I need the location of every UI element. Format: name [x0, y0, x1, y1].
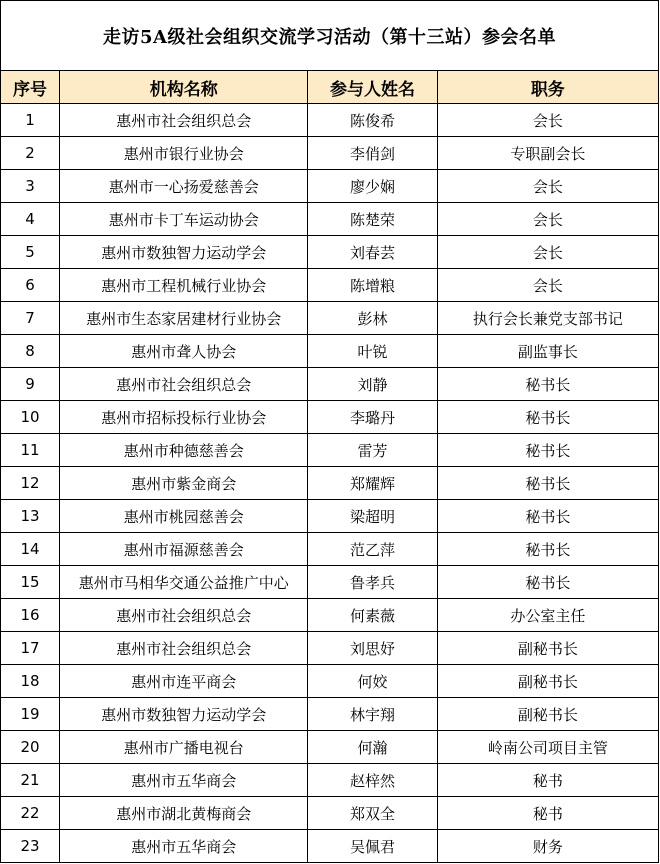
position-cell: 会长 [437, 203, 658, 236]
position-cell: 秘书长 [437, 467, 658, 500]
organization-cell: 惠州市社会组织总会 [60, 104, 308, 137]
table-row: 12惠州市紫金商会郑耀辉秘书长 [1, 467, 659, 500]
attendee-name-cell: 郑双全 [308, 797, 437, 830]
row-number-cell: 4 [1, 203, 60, 236]
column-header-number: 序号 [1, 71, 60, 104]
attendee-name-cell: 鲁孝兵 [308, 566, 437, 599]
attendee-name-cell: 李璐丹 [308, 401, 437, 434]
row-number-cell: 9 [1, 368, 60, 401]
row-number-cell: 7 [1, 302, 60, 335]
row-number-cell: 12 [1, 467, 60, 500]
table-row: 10惠州市招标投标行业协会李璐丹秘书长 [1, 401, 659, 434]
table-row: 3惠州市一心扬爱慈善会廖少娴会长 [1, 170, 659, 203]
position-cell: 秘书长 [437, 401, 658, 434]
table-row: 20惠州市广播电视台何瀚岭南公司项目主管 [1, 731, 659, 764]
table-row: 21惠州市五华商会赵梓然秘书 [1, 764, 659, 797]
attendee-name-cell: 陈楚荣 [308, 203, 437, 236]
organization-cell: 惠州市生态家居建材行业协会 [60, 302, 308, 335]
organization-cell: 惠州市社会组织总会 [60, 632, 308, 665]
attendee-name-cell: 陈俊希 [308, 104, 437, 137]
table-row: 18惠州市连平商会何姣副秘书长 [1, 665, 659, 698]
table-row: 17惠州市社会组织总会刘思妤副秘书长 [1, 632, 659, 665]
position-cell: 副秘书长 [437, 632, 658, 665]
table-row: 5惠州市数独智力运动学会刘春芸会长 [1, 236, 659, 269]
organization-cell: 惠州市一心扬爱慈善会 [60, 170, 308, 203]
attendee-name-cell: 赵梓然 [308, 764, 437, 797]
organization-cell: 惠州市广播电视台 [60, 731, 308, 764]
table-row: 2惠州市银行业协会李俏剑专职副会长 [1, 137, 659, 170]
table-row: 14惠州市福源慈善会范乙萍秘书长 [1, 533, 659, 566]
organization-cell: 惠州市银行业协会 [60, 137, 308, 170]
attendee-name-cell: 雷芳 [308, 434, 437, 467]
position-cell: 专职副会长 [437, 137, 658, 170]
document-title: 走访5A级社会组织交流学习活动（第十三站）参会名单 [1, 1, 659, 71]
organization-cell: 惠州市五华商会 [60, 830, 308, 863]
position-cell: 财务 [437, 830, 658, 863]
position-cell: 岭南公司项目主管 [437, 731, 658, 764]
attendee-name-cell: 何素薇 [308, 599, 437, 632]
attendee-name-cell: 郑耀辉 [308, 467, 437, 500]
organization-cell: 惠州市工程机械行业协会 [60, 269, 308, 302]
organization-cell: 惠州市紫金商会 [60, 467, 308, 500]
organization-cell: 惠州市桃园慈善会 [60, 500, 308, 533]
attendee-name-cell: 吴佩君 [308, 830, 437, 863]
row-number-cell: 8 [1, 335, 60, 368]
organization-cell: 惠州市马相华交通公益推广中心 [60, 566, 308, 599]
organization-cell: 惠州市数独智力运动学会 [60, 698, 308, 731]
row-number-cell: 15 [1, 566, 60, 599]
organization-cell: 惠州市湖北黄梅商会 [60, 797, 308, 830]
position-cell: 秘书长 [437, 533, 658, 566]
position-cell: 秘书长 [437, 500, 658, 533]
organization-cell: 惠州市社会组织总会 [60, 599, 308, 632]
table-row: 23惠州市五华商会吴佩君财务 [1, 830, 659, 863]
organization-cell: 惠州市数独智力运动学会 [60, 236, 308, 269]
organization-cell: 惠州市五华商会 [60, 764, 308, 797]
title-row: 走访5A级社会组织交流学习活动（第十三站）参会名单 [1, 1, 659, 71]
row-number-cell: 11 [1, 434, 60, 467]
table-row: 16惠州市社会组织总会何素薇办公室主任 [1, 599, 659, 632]
attendee-name-cell: 刘春芸 [308, 236, 437, 269]
attendee-table: 走访5A级社会组织交流学习活动（第十三站）参会名单 序号 机构名称 参与人姓名 … [0, 0, 659, 863]
attendee-name-cell: 何瀚 [308, 731, 437, 764]
attendee-name-cell: 叶锐 [308, 335, 437, 368]
row-number-cell: 3 [1, 170, 60, 203]
table-row: 11惠州市种德慈善会雷芳秘书长 [1, 434, 659, 467]
column-header-attendee-name: 参与人姓名 [308, 71, 437, 104]
position-cell: 会长 [437, 269, 658, 302]
position-cell: 执行会长兼党支部书记 [437, 302, 658, 335]
table-row: 22惠州市湖北黄梅商会郑双全秘书 [1, 797, 659, 830]
row-number-cell: 17 [1, 632, 60, 665]
position-cell: 秘书长 [437, 566, 658, 599]
row-number-cell: 18 [1, 665, 60, 698]
attendee-name-cell: 何姣 [308, 665, 437, 698]
column-header-organization: 机构名称 [60, 71, 308, 104]
table-row: 6惠州市工程机械行业协会陈增粮会长 [1, 269, 659, 302]
table-row: 9惠州市社会组织总会刘静秘书长 [1, 368, 659, 401]
organization-cell: 惠州市福源慈善会 [60, 533, 308, 566]
organization-cell: 惠州市卡丁车运动协会 [60, 203, 308, 236]
table-row: 8惠州市聋人协会叶锐副监事长 [1, 335, 659, 368]
position-cell: 办公室主任 [437, 599, 658, 632]
header-row: 序号 机构名称 参与人姓名 职务 [1, 71, 659, 104]
organization-cell: 惠州市种德慈善会 [60, 434, 308, 467]
row-number-cell: 5 [1, 236, 60, 269]
row-number-cell: 19 [1, 698, 60, 731]
table-row: 15惠州市马相华交通公益推广中心鲁孝兵秘书长 [1, 566, 659, 599]
row-number-cell: 10 [1, 401, 60, 434]
table-row: 4惠州市卡丁车运动协会陈楚荣会长 [1, 203, 659, 236]
organization-cell: 惠州市社会组织总会 [60, 368, 308, 401]
position-cell: 副监事长 [437, 335, 658, 368]
attendee-name-cell: 范乙萍 [308, 533, 437, 566]
row-number-cell: 20 [1, 731, 60, 764]
attendee-name-cell: 林宇翔 [308, 698, 437, 731]
row-number-cell: 1 [1, 104, 60, 137]
position-cell: 副秘书长 [437, 698, 658, 731]
row-number-cell: 23 [1, 830, 60, 863]
column-header-position: 职务 [437, 71, 658, 104]
row-number-cell: 16 [1, 599, 60, 632]
attendee-name-cell: 刘静 [308, 368, 437, 401]
organization-cell: 惠州市招标投标行业协会 [60, 401, 308, 434]
attendee-name-cell: 李俏剑 [308, 137, 437, 170]
row-number-cell: 6 [1, 269, 60, 302]
attendee-name-cell: 梁超明 [308, 500, 437, 533]
position-cell: 秘书 [437, 797, 658, 830]
table-row: 1惠州市社会组织总会陈俊希会长 [1, 104, 659, 137]
row-number-cell: 13 [1, 500, 60, 533]
attendee-name-cell: 陈增粮 [308, 269, 437, 302]
position-cell: 会长 [437, 104, 658, 137]
table-row: 13惠州市桃园慈善会梁超明秘书长 [1, 500, 659, 533]
attendee-name-cell: 廖少娴 [308, 170, 437, 203]
position-cell: 副秘书长 [437, 665, 658, 698]
row-number-cell: 14 [1, 533, 60, 566]
position-cell: 秘书长 [437, 368, 658, 401]
row-number-cell: 21 [1, 764, 60, 797]
position-cell: 会长 [437, 236, 658, 269]
position-cell: 会长 [437, 170, 658, 203]
position-cell: 秘书长 [437, 434, 658, 467]
table-body: 1惠州市社会组织总会陈俊希会长2惠州市银行业协会李俏剑专职副会长3惠州市一心扬爱… [1, 104, 659, 863]
position-cell: 秘书 [437, 764, 658, 797]
attendee-name-cell: 刘思妤 [308, 632, 437, 665]
row-number-cell: 22 [1, 797, 60, 830]
organization-cell: 惠州市聋人协会 [60, 335, 308, 368]
table-row: 7惠州市生态家居建材行业协会彭林执行会长兼党支部书记 [1, 302, 659, 335]
attendee-name-cell: 彭林 [308, 302, 437, 335]
organization-cell: 惠州市连平商会 [60, 665, 308, 698]
row-number-cell: 2 [1, 137, 60, 170]
table-row: 19惠州市数独智力运动学会林宇翔副秘书长 [1, 698, 659, 731]
